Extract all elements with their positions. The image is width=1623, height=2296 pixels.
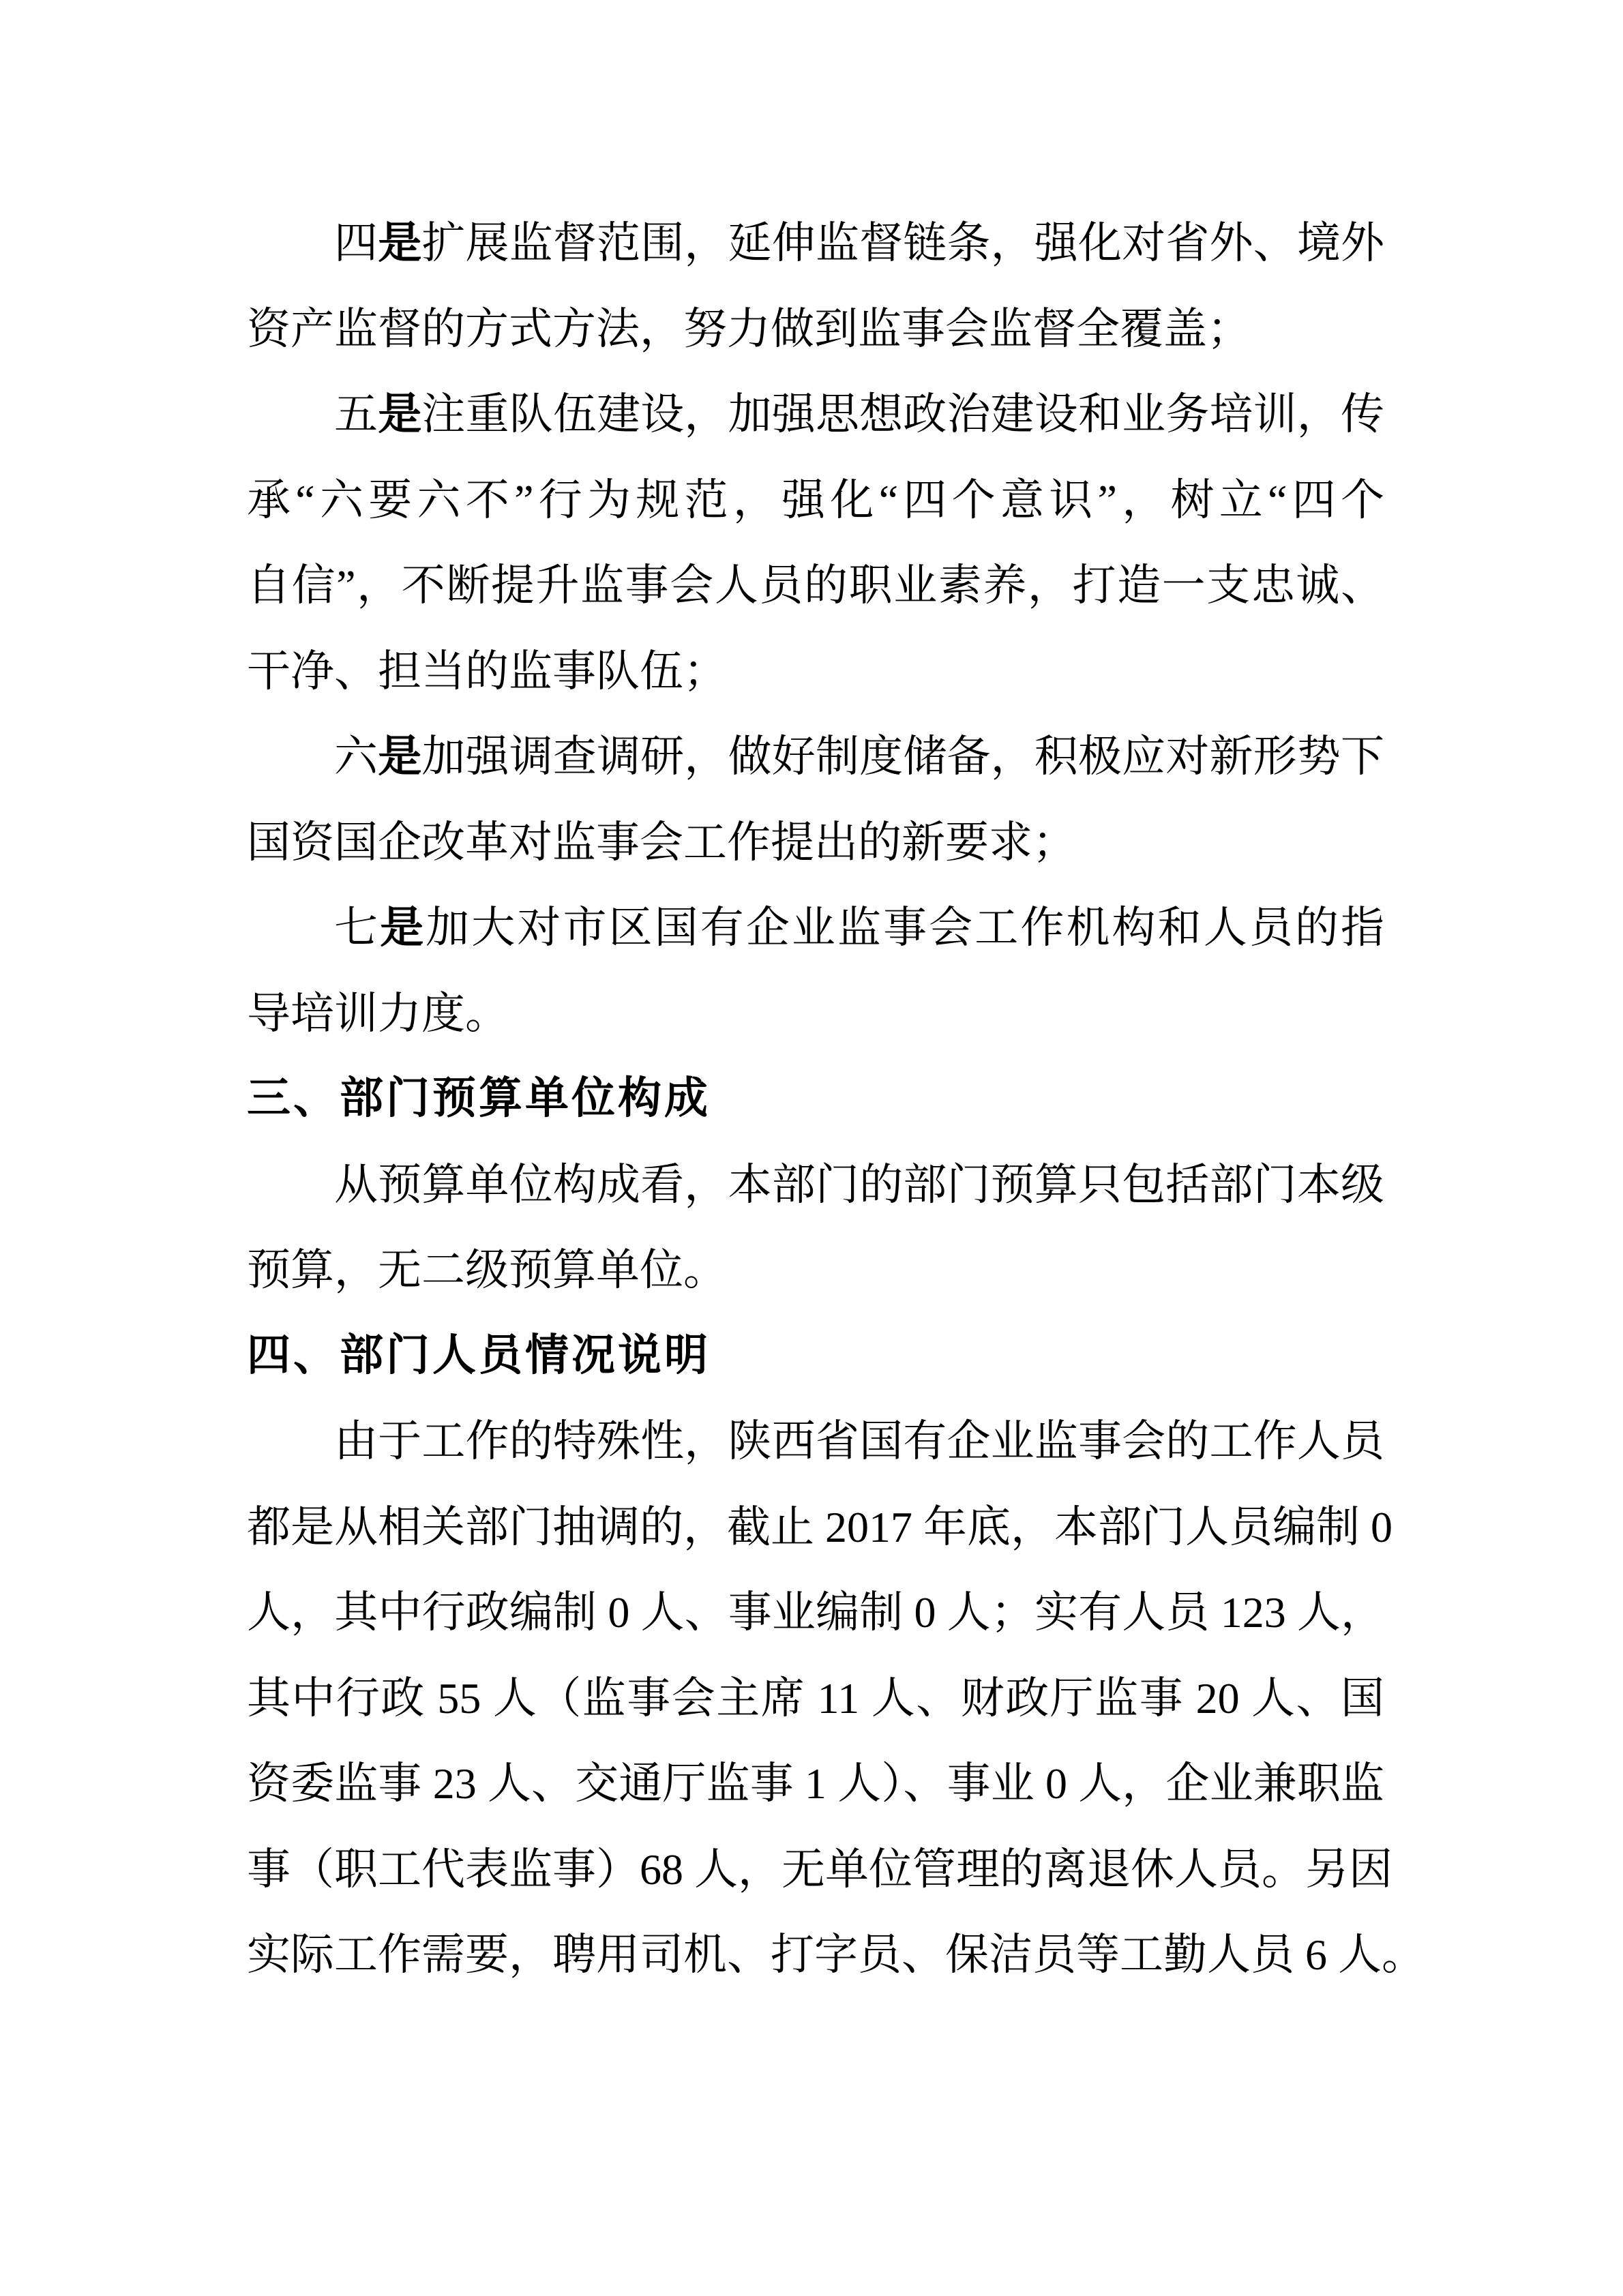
text-segment: 自信”，不断提升监事会人员的职业素养，打造一支忠诚、 <box>247 561 1384 610</box>
page: { "page": { "background_color": "#ffffff… <box>0 0 1623 2296</box>
text-segment: 人，其中行政编制 0 人、事业编制 0 人；实有人员 123 人， <box>247 1588 1384 1637</box>
text-line: 事（职工代表监事）68 人，无单位管理的离退休人员。另因 <box>247 1827 1384 1913</box>
text-line: 人，其中行政编制 0 人、事业编制 0 人；实有人员 123 人， <box>247 1570 1384 1656</box>
text-segment: 导培训力度。 <box>247 989 509 1038</box>
paragraph: 七是加大对市区国有企业监事会工作机构和人员的指导培训力度。 <box>247 885 1384 1056</box>
text-line: 五是注重队伍建设，加强思想政治建设和业务培训，传 <box>247 372 1384 458</box>
text-line: 国资国企改革对监事会工作提出的新要求； <box>247 800 1384 886</box>
text-segment: 承“六要六不”行为规范，强化“四个意识”，树立“四个 <box>247 476 1384 524</box>
emphasis-text: 是 <box>378 389 421 440</box>
text-segment: 都是从相关部门抽调的，截止 2017 年底，本部门人员编制 0 <box>247 1503 1393 1551</box>
document-body: 四是扩展监督范围，延伸监督链条，强化对省外、境外资产监督的方式方法，努力做到监事… <box>247 200 1384 1998</box>
text-segment: 注重队伍建设，加强思想政治建设和业务培训，传 <box>421 390 1384 438</box>
paragraph: 从预算单位构成看，本部门的部门预算只包括部门本级预算，无二级预算单位。 <box>247 1142 1384 1313</box>
text-segment: 五 <box>334 390 378 438</box>
text-segment: 从预算单位构成看，本部门的部门预算只包括部门本级 <box>334 1161 1384 1209</box>
heading-line: 三、部门预算单位构成 <box>247 1056 1384 1142</box>
text-segment: 资委监事 23 人、交通厅监事 1 人）、事业 0 人，企业兼职监 <box>247 1759 1384 1808</box>
text-line: 由于工作的特殊性，陕西省国有企业监事会的工作人员 <box>247 1399 1384 1485</box>
text-segment: 六 <box>334 732 378 781</box>
text-line: 六是加强调查调研，做好制度储备，积极应对新形势下 <box>247 714 1384 800</box>
text-segment: 四、部门人员情况说明 <box>247 1330 711 1381</box>
text-segment: 国资国企改革对监事会工作提出的新要求； <box>247 818 1076 867</box>
text-segment: 资产监督的方式方法，努力做到监事会监督全覆盖； <box>247 305 1251 353</box>
emphasis-text: 是 <box>378 218 421 269</box>
heading-line: 四、部门人员情况说明 <box>247 1313 1384 1399</box>
text-line: 自信”，不断提升监事会人员的职业素养，打造一支忠诚、 <box>247 543 1384 629</box>
text-line: 干净、担当的监事队伍； <box>247 629 1384 715</box>
section-heading: 三、部门预算单位构成 <box>247 1056 1384 1142</box>
paragraph: 六是加强调查调研，做好制度储备，积极应对新形势下国资国企改革对监事会工作提出的新… <box>247 714 1384 885</box>
text-line: 资委监事 23 人、交通厅监事 1 人）、事业 0 人，企业兼职监 <box>247 1741 1384 1827</box>
text-line: 四是扩展监督范围，延伸监督链条，强化对省外、境外 <box>247 200 1384 286</box>
paragraph: 四是扩展监督范围，延伸监督链条，强化对省外、境外资产监督的方式方法，努力做到监事… <box>247 200 1384 372</box>
text-line: 承“六要六不”行为规范，强化“四个意识”，树立“四个 <box>247 458 1384 543</box>
text-segment: 七 <box>334 904 380 952</box>
section-heading: 四、部门人员情况说明 <box>247 1313 1384 1399</box>
paragraph: 由于工作的特殊性，陕西省国有企业监事会的工作人员都是从相关部门抽调的，截止 20… <box>247 1399 1384 1998</box>
paragraph: 五是注重队伍建设，加强思想政治建设和业务培训，传承“六要六不”行为规范，强化“四… <box>247 372 1384 714</box>
text-segment: 由于工作的特殊性，陕西省国有企业监事会的工作人员 <box>334 1417 1384 1465</box>
text-segment: 事（职工代表监事）68 人，无单位管理的离退休人员。另因 <box>247 1845 1393 1894</box>
text-segment: 加强调查调研，做好制度储备，积极应对新形势下 <box>421 732 1384 781</box>
text-segment: 三、部门预算单位构成 <box>247 1073 711 1124</box>
text-segment: 扩展监督范围，延伸监督链条，强化对省外、境外 <box>421 219 1384 267</box>
text-line: 从预算单位构成看，本部门的部门预算只包括部门本级 <box>247 1142 1384 1228</box>
text-line: 七是加大对市区国有企业监事会工作机构和人员的指 <box>247 885 1384 971</box>
text-line: 资产监督的方式方法，努力做到监事会监督全覆盖； <box>247 286 1384 372</box>
text-segment: 加大对市区国有企业监事会工作机构和人员的指 <box>426 904 1384 952</box>
emphasis-text: 是 <box>380 903 426 953</box>
text-line: 预算，无二级预算单位。 <box>247 1227 1384 1313</box>
text-line: 其中行政 55 人（监事会主席 11 人、财政厅监事 20 人、国 <box>247 1656 1384 1742</box>
text-segment: 预算，无二级预算单位。 <box>247 1246 727 1294</box>
text-line: 都是从相关部门抽调的，截止 2017 年底，本部门人员编制 0 <box>247 1485 1384 1570</box>
text-line: 实际工作需要，聘用司机、打字员、保洁员等工勤人员 6 人。 <box>247 1912 1384 1998</box>
text-line: 导培训力度。 <box>247 971 1384 1057</box>
text-segment: 四 <box>334 219 378 267</box>
text-segment: 实际工作需要，聘用司机、打字员、保洁员等工勤人员 6 人。 <box>247 1930 1425 1979</box>
emphasis-text: 是 <box>378 732 421 782</box>
text-segment: 干净、担当的监事队伍； <box>247 647 727 696</box>
text-segment: 其中行政 55 人（监事会主席 11 人、财政厅监事 20 人、国 <box>247 1674 1384 1723</box>
document-page: 四是扩展监督范围，延伸监督链条，强化对省外、境外资产监督的方式方法，努力做到监事… <box>0 0 1623 2296</box>
